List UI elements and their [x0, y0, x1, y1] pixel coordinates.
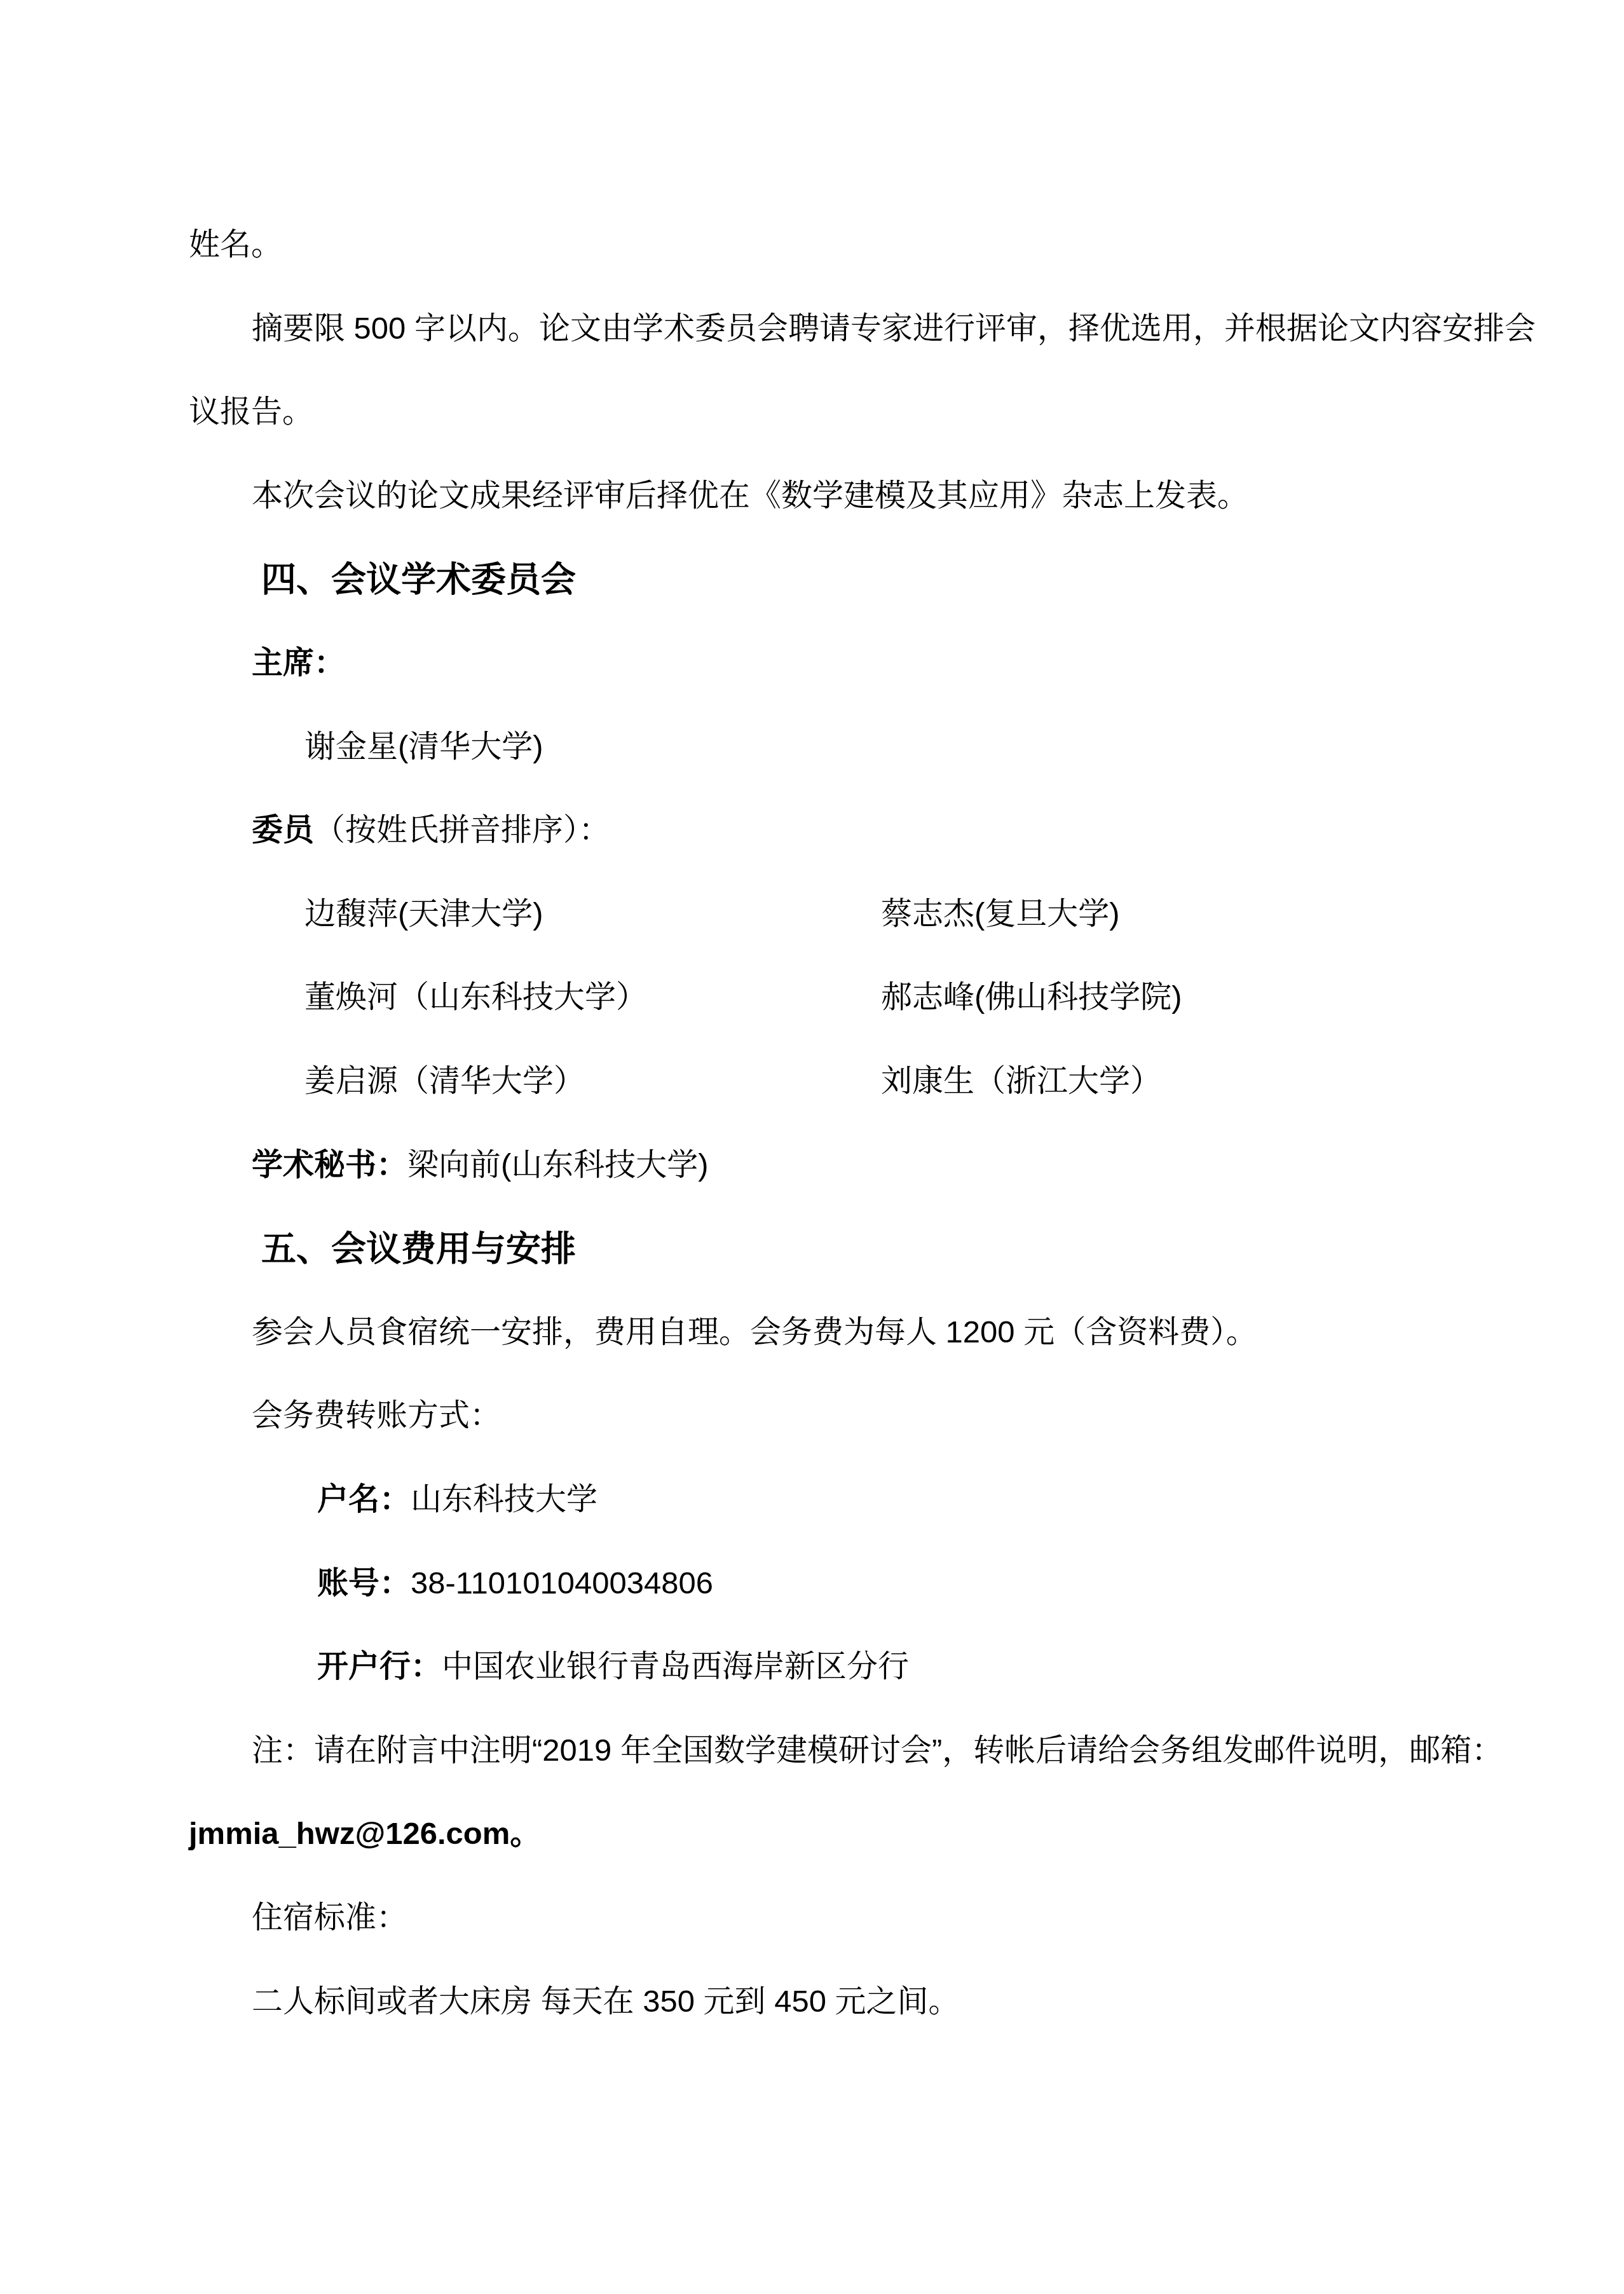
- secretary-label: 学术秘书：: [252, 1148, 407, 1182]
- email-row: jmmia_hwz@126.com。: [189, 1816, 541, 1852]
- member-row: 董焕河（山东科技大学） 郝志峰(佛山科技学院): [304, 980, 647, 1015]
- paragraph-abstract-line2: 议报告。: [189, 394, 313, 430]
- secretary-name: 梁向前(山东科技大学): [407, 1148, 709, 1182]
- member-name: 姜启源（清华大学）: [304, 1064, 585, 1098]
- chair-name: 谢金星(清华大学): [304, 729, 543, 765]
- section4-heading: 四、会议学术委员会: [261, 559, 576, 599]
- section5-heading: 五、会议费用与安排: [261, 1229, 576, 1269]
- member-name: 董焕河（山东科技大学）: [304, 980, 647, 1014]
- lodging-label: 住宿标准：: [252, 1900, 407, 1936]
- account-number-row: 账号：38-110101040034806: [317, 1566, 713, 1601]
- member-name: 刘康生（浙江大学）: [881, 1063, 1161, 1099]
- transfer-method-label: 会务费转账方式：: [252, 1398, 501, 1433]
- members-label: 委员: [252, 813, 314, 847]
- account-number-value: 38-110101040034806: [411, 1566, 713, 1601]
- members-note: （按姓氏拼音排序）：: [314, 813, 610, 847]
- account-number-label: 账号：: [317, 1566, 411, 1601]
- chair-row: 主席：: [252, 645, 345, 681]
- fee-line: 参会人员食宿统一安排，费用自理。会务费为每人 1200 元（含资料费）。: [252, 1314, 1257, 1350]
- document-page: 姓名。 摘要限 500 字以内。论文由学术委员会聘请专家进行评审，择优选用，并根…: [0, 0, 1624, 2294]
- bank-label: 开户行：: [317, 1649, 442, 1684]
- remittance-note: 注：请在附言中注明“2019 年全国数学建模研讨会”，转帐后请给会务组发邮件说明…: [252, 1733, 1503, 1768]
- account-name-value: 山东科技大学: [411, 1482, 597, 1517]
- email-suffix: 。: [510, 1817, 541, 1851]
- paragraph-publication: 本次会议的论文成果经评审后择优在《数学建模及其应用》杂志上发表。: [252, 478, 1248, 514]
- bank-value: 中国农业银行青岛西海岸新区分行: [442, 1649, 909, 1684]
- member-name: 边馥萍(天津大学): [304, 897, 543, 931]
- secretary-row: 学术秘书：梁向前(山东科技大学): [252, 1147, 709, 1183]
- chair-label: 主席：: [252, 646, 345, 680]
- member-row: 姜启源（清华大学） 刘康生（浙江大学）: [304, 1063, 585, 1099]
- account-name-row: 户名：山东科技大学: [317, 1482, 597, 1517]
- bank-row: 开户行：中国农业银行青岛西海岸新区分行: [317, 1649, 909, 1684]
- paragraph-abstract-line1: 摘要限 500 字以内。论文由学术委员会聘请专家进行评审，择优选用，并根据论文内…: [252, 311, 1536, 346]
- account-name-label: 户名：: [317, 1482, 411, 1517]
- members-label-row: 委员（按姓氏拼音排序）：: [252, 812, 610, 848]
- member-row: 边馥萍(天津大学) 蔡志杰(复旦大学): [304, 896, 543, 932]
- line-surname-tail: 姓名。: [189, 227, 282, 263]
- lodging-line: 二人标间或者大床房 每天在 350 元到 450 元之间。: [252, 1984, 960, 2019]
- email-address: jmmia_hwz@126.com: [189, 1817, 510, 1851]
- member-name: 郝志峰(佛山科技学院): [881, 980, 1182, 1015]
- member-name: 蔡志杰(复旦大学): [881, 896, 1120, 932]
